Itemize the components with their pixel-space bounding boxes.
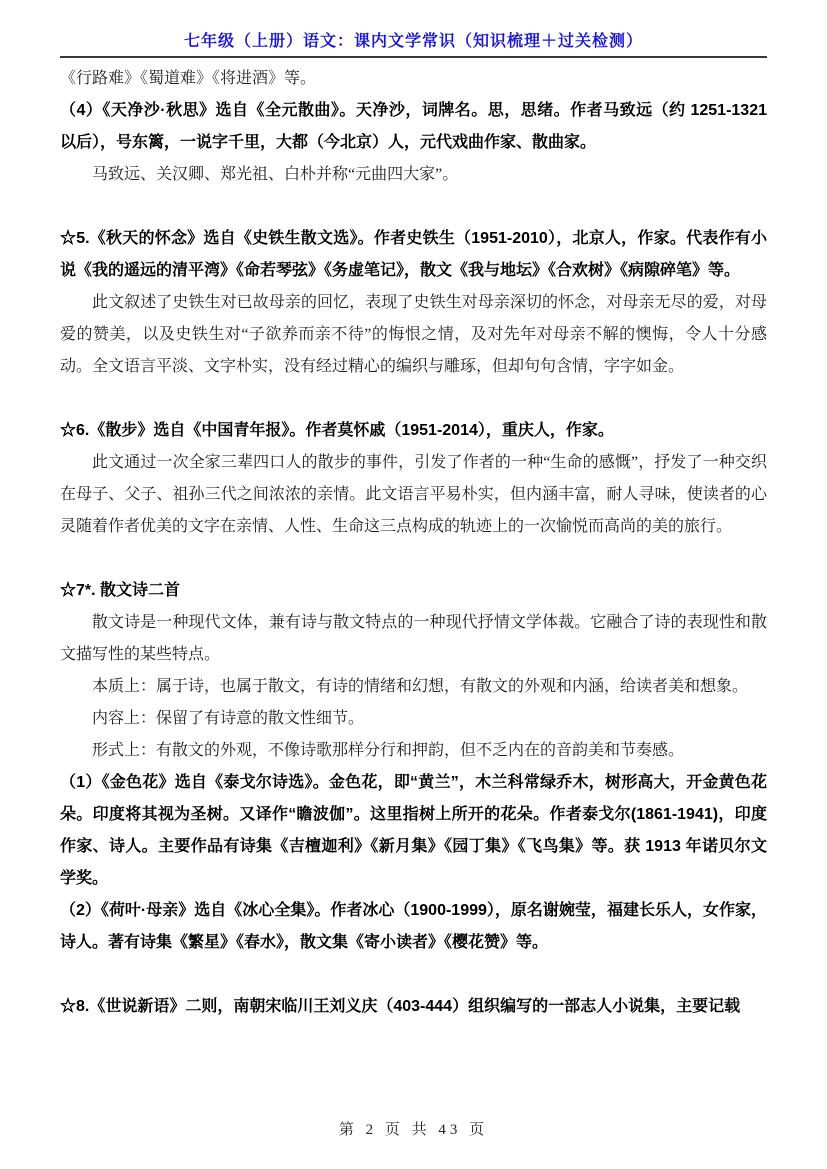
paragraph: ☆7*. 散文诗二首	[60, 575, 767, 607]
paragraph: （2）《荷叶·母亲》选自《冰心全集》。作者冰心（1900-1999），原名谢婉莹…	[60, 895, 767, 959]
paragraph: ☆5.《秋天的怀念》选自《史铁生散文选》。作者史铁生（1951-2010），北京…	[60, 223, 767, 287]
paragraph: 此文叙述了史铁生对已故母亲的回忆，表现了史铁生对母亲深切的怀念，对母亲无尽的爱，…	[60, 287, 767, 383]
paragraph: 马致远、关汉卿、郑光祖、白朴并称“元曲四大家”。	[60, 159, 767, 191]
page-header: 七年级（上册）语文：课内文学常识（知识梳理＋过关检测）	[60, 28, 767, 58]
paragraph: （4）《天净沙·秋思》选自《全元散曲》。天净沙，词牌名。思，思绪。作者马致远（约…	[60, 95, 767, 159]
paragraph: 本质上：属于诗，也属于散文，有诗的情绪和幻想，有散文的外观和内涵，给读者美和想象…	[60, 671, 767, 703]
paragraph: （1）《金色花》选自《泰戈尔诗选》。金色花，即“黄兰”，木兰科常绿乔木，树形高大…	[60, 767, 767, 895]
paragraph: 此文通过一次全家三辈四口人的散步的事件，引发了作者的一种“生命的感慨”，抒发了一…	[60, 447, 767, 543]
paragraph: ☆8.《世说新语》二则，南朝宋临川王刘义庆（403-444）组织编写的一部志人小…	[60, 991, 767, 1023]
paragraph: 散文诗是一种现代文体，兼有诗与散文特点的一种现代抒情文学体裁。它融合了诗的表现性…	[60, 607, 767, 671]
page-footer: 第 2 页 共 43 页	[0, 1118, 827, 1139]
header-title: 七年级（上册）语文：课内文学常识（知识梳理＋过关检测）	[60, 28, 767, 51]
paragraph: ☆6.《散步》选自《中国青年报》。作者莫怀戚（1951-2014），重庆人，作家…	[60, 415, 767, 447]
page-number-label: 第 2 页 共 43 页	[339, 1122, 488, 1138]
document-page: 七年级（上册）语文：课内文学常识（知识梳理＋过关检测） 《行路难》《蜀道难》《将…	[0, 0, 827, 1169]
paragraph: 形式上：有散文的外观，不像诗歌那样分行和押韵，但不乏内在的音韵美和节奏感。	[60, 735, 767, 767]
paragraph: 内容上：保留了有诗意的散文性细节。	[60, 703, 767, 735]
paragraph: 《行路难》《蜀道难》《将进酒》等。	[60, 63, 767, 95]
document-body: 《行路难》《蜀道难》《将进酒》等。（4）《天净沙·秋思》选自《全元散曲》。天净沙…	[60, 63, 767, 1023]
